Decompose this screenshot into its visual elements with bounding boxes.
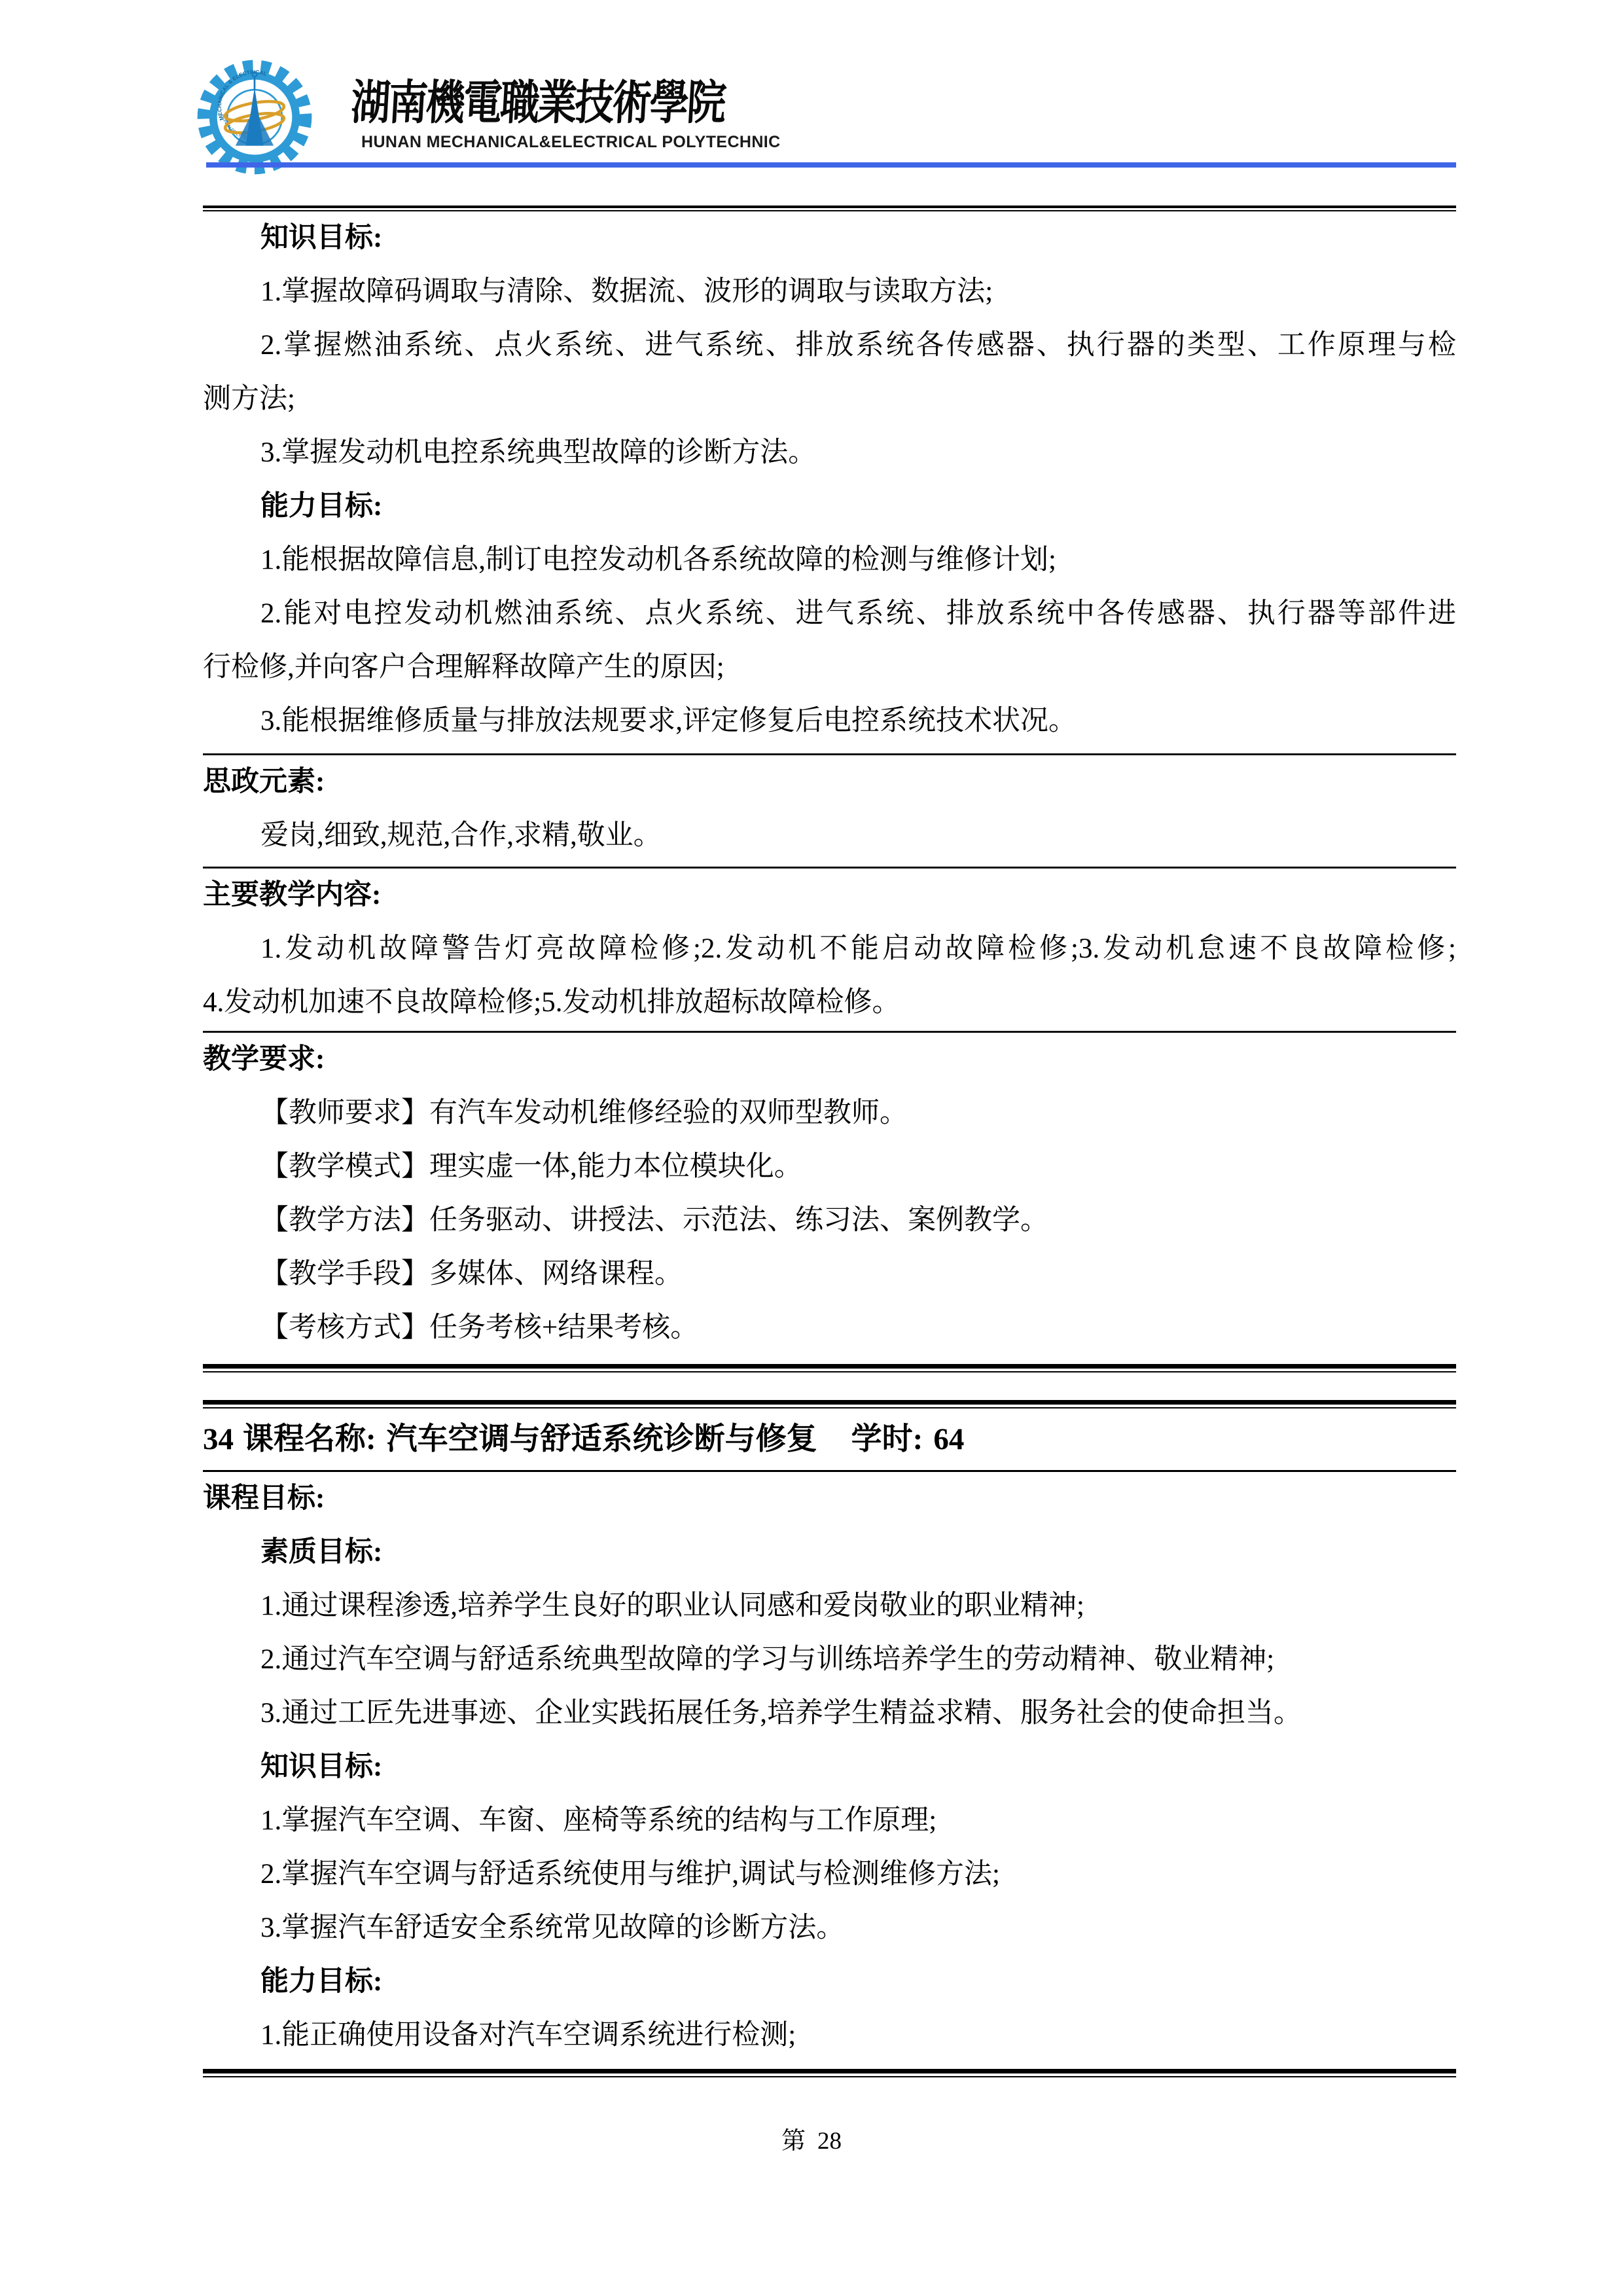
school-logo-icon: MECHANICAL & ELECTRICAL HUNAN POLYTECHNI…: [195, 58, 314, 177]
course-hours-label: 学时:: [851, 1422, 923, 1456]
paragraph: 2.能对电控发动机燃油系统、点火系统、进气系统、排放系统中各传感器、执行器等部件…: [203, 587, 1456, 641]
paragraph: 3.通过工匠先进事迹、企业实践拓展任务,培养学生精益求精、服务社会的使命担当。: [203, 1687, 1456, 1740]
section-heading-ideology: 思政元素:: [203, 755, 1456, 809]
paragraph: 【教学手段】多媒体、网络课程。: [203, 1247, 1456, 1301]
paragraph: 测方法;: [203, 372, 1456, 426]
paragraph: 2.掌握汽车空调与舒适系统使用与维护,调试与检测维修方法;: [203, 1848, 1456, 1901]
paragraph: 【考核方式】任务考核+结果考核。: [203, 1301, 1456, 1355]
paragraph: 1.通过课程渗透,培养学生良好的职业认同感和爱岗敬业的职业精神;: [203, 1579, 1456, 1633]
section-heading-teaching-content: 主要教学内容:: [203, 869, 1456, 922]
section-heading-ability2: 能力目标:: [203, 1955, 1456, 2009]
paragraph: 4.发动机加速不良故障检修;5.发动机排放超标故障检修。: [203, 976, 1456, 1030]
paragraph: 3.能根据维修质量与排放法规要求,评定修复后电控系统技术状况。: [203, 694, 1456, 748]
paragraph: 爱岗,细致,规范,合作,求精,敬业。: [203, 809, 1456, 863]
document-page: MECHANICAL & ELECTRICAL HUNAN POLYTECHNI…: [0, 0, 1623, 2296]
paragraph: 1.掌握故障码调取与清除、数据流、波形的调取与读取方法;: [203, 265, 1456, 319]
section-heading-course-goal: 课程目标:: [203, 1472, 1456, 1526]
paragraph: 3.掌握汽车舒适安全系统常见故障的诊断方法。: [203, 1901, 1456, 1955]
section-heading-knowledge: 知识目标:: [203, 211, 1456, 265]
course-name: 汽车空调与舒适系统诊断与修复: [387, 1422, 817, 1456]
heavy-divider: [203, 2069, 1456, 2077]
course-number: 34: [203, 1422, 234, 1456]
course-hours-value: 64: [933, 1422, 964, 1456]
paragraph: 1.能正确使用设备对汽车空调系统进行检测;: [203, 2009, 1456, 2062]
paragraph: 1.掌握汽车空调、车窗、座椅等系统的结构与工作原理;: [203, 1794, 1456, 1848]
heavy-divider: [203, 1400, 1456, 1408]
page-footer: 第28: [0, 2122, 1623, 2161]
paragraph: 行检修,并向客户合理解释故障产生的原因;: [203, 641, 1456, 694]
paragraph: 2.通过汽车空调与舒适系统典型故障的学习与训练培养学生的劳动精神、敬业精神;: [203, 1633, 1456, 1687]
header-divider: [206, 162, 1456, 168]
section-heading-teaching-req: 教学要求:: [203, 1033, 1456, 1086]
paragraph: 2.掌握燃油系统、点火系统、进气系统、排放系统各传感器、执行器的类型、工作原理与…: [203, 319, 1456, 372]
course-label: 课程名称:: [243, 1422, 376, 1456]
top-divider: [203, 206, 1456, 211]
school-name-english: HUNAN MECHANICAL&ELECTRICAL POLYTECHNIC: [361, 133, 728, 152]
page-header: MECHANICAL & ELECTRICAL HUNAN POLYTECHNI…: [0, 0, 1623, 216]
paragraph: 【教学模式】理实虚一体,能力本位模块化。: [203, 1140, 1456, 1194]
paragraph: 1.能根据故障信息,制订电控发动机各系统故障的检测与维修计划;: [203, 533, 1456, 587]
page-number: 28: [817, 2128, 842, 2155]
section-heading-quality: 素质目标:: [203, 1526, 1456, 1579]
section-heading-ability: 能力目标:: [203, 480, 1456, 533]
paragraph: 【教师要求】有汽车发动机维修经验的双师型教师。: [203, 1086, 1456, 1140]
paragraph: 【教学方法】任务驱动、讲授法、示范法、练习法、案例教学。: [203, 1194, 1456, 1247]
page-number-label: 第: [781, 2128, 806, 2155]
course-title: 34课程名称:汽车空调与舒适系统诊断与修复学时:64: [203, 1408, 1456, 1470]
school-name-chinese: 湖南機電職業技術學院: [349, 65, 720, 133]
document-body: 知识目标: 1.掌握故障码调取与清除、数据流、波形的调取与读取方法; 2.掌握燃…: [203, 206, 1456, 2077]
paragraph: 1.发动机故障警告灯亮故障检修;2.发动机不能启动故障检修;3.发动机怠速不良故…: [203, 922, 1456, 976]
heavy-divider: [203, 1364, 1456, 1372]
paragraph: 3.掌握发动机电控系统典型故障的诊断方法。: [203, 426, 1456, 480]
section-heading-knowledge2: 知识目标:: [203, 1740, 1456, 1794]
